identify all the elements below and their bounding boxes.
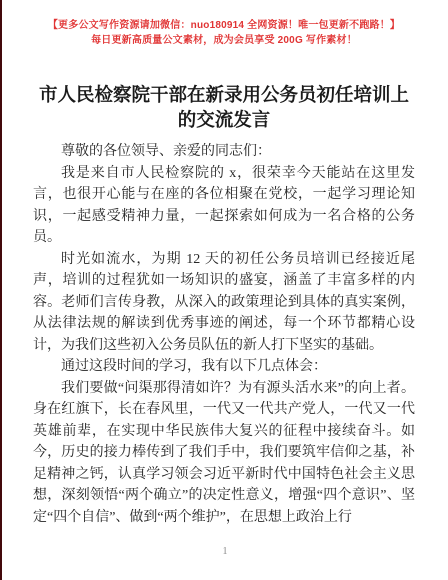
- body-paragraph: 时光如流水，为期 12 天的初任公务员培训已经接近尾声，培训的过程犹如一场知识的…: [33, 249, 415, 357]
- document-page: 【更多公文写作资源请加微信：nuo180914 全网资源！唯一包更新不跑路！】 …: [0, 0, 448, 580]
- body-paragraph: 我是来自市人民检察院的 x，很荣幸今天能站在这里发言，也很开心能与在座的各位相聚…: [33, 163, 415, 249]
- body-paragraph: 通过这段时间的学习，我有以下几点体会：: [33, 356, 415, 378]
- document-body: 尊敬的各位领导、亲爱的同志们： 我是来自市人民检察院的 x，很荣幸今天能站在这里…: [33, 141, 415, 528]
- promo-banner-line2: 每日更新高质量公文素材，成为会员享受 200G 写作素材！: [33, 33, 415, 48]
- salutation-paragraph: 尊敬的各位领导、亲爱的同志们：: [33, 141, 415, 163]
- page-number: 1: [2, 546, 448, 557]
- promo-banner: 【更多公文写作资源请加微信：nuo180914 全网资源！唯一包更新不跑路！】 …: [33, 18, 415, 48]
- promo-banner-line1: 【更多公文写作资源请加微信：nuo180914 全网资源！唯一包更新不跑路！】: [33, 18, 415, 33]
- document-title: 市人民检察院干部在新录用公务员初任培训上的交流发言: [33, 82, 415, 132]
- body-paragraph: 我们要做“问渠那得清如许？为有源头活水来”的向上者。身在红旗下，长在春风里，一代…: [33, 378, 415, 529]
